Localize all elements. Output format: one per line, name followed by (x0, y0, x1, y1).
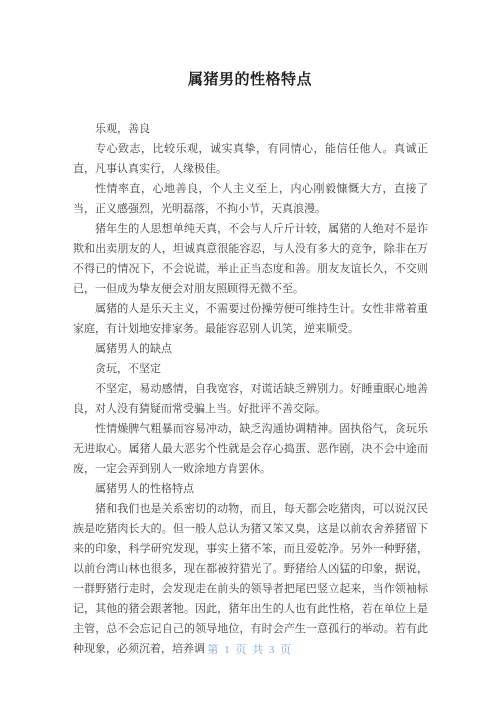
paragraph-subheading: 贪玩，不坚定 (73, 359, 428, 379)
paragraph: 不坚定，易动感情，自我宽容，对谎话缺乏辨别力。好睡重眠心地善良，对人没有猜疑而常… (73, 379, 428, 419)
paragraph: 属猪的人是乐天主义，不需要过份操劳便可维持生计。女性非常着重家庭，有计划地安排家… (73, 299, 428, 339)
paragraph: 专心致志，比较乐观，诚实真挚，有同情心，能信任他人。真诚正直，凡事认真实行，人缘… (73, 139, 428, 179)
page-indicator: 第 1 页 共 3 页 (0, 641, 500, 657)
document-title: 属猪男的性格特点 (0, 0, 500, 89)
document-page: 属猪男的性格特点 乐观，善良 专心致志，比较乐观，诚实真挚，有同情心，能信任他人… (0, 0, 500, 707)
paragraph-subheading: 乐观，善良 (73, 119, 428, 139)
paragraph: 性情燥脾气粗暴而容易冲动，缺乏沟通协调精神。固执俗气，贪玩乐无进取心。属猪人最大… (73, 419, 428, 479)
page-indicator-text: 第 1 页 共 3 页 (207, 644, 292, 656)
paragraph-subheading: 属猪男人的性格特点 (73, 479, 428, 499)
document-body: 乐观，善良 专心致志，比较乐观，诚实真挚，有同情心，能信任他人。真诚正直，凡事认… (73, 119, 428, 659)
paragraph-subheading: 属猪男人的缺点 (73, 339, 428, 359)
paragraph: 猪年生的人思想单纯天真，不会与人斤斤计较，属猪的人绝对不是诈欺和出卖朋友的人，坦… (73, 219, 428, 299)
paragraph: 性情率直，心地善良，个人主义至上，内心刚毅慷慨大方，直接了当，正义感强烈，光明磊… (73, 179, 428, 219)
paragraph: 猪和我们也是关系密切的动物，而且，每天都会吃猪肉，可以说汉民族是吃猪肉长大的。但… (73, 499, 428, 659)
